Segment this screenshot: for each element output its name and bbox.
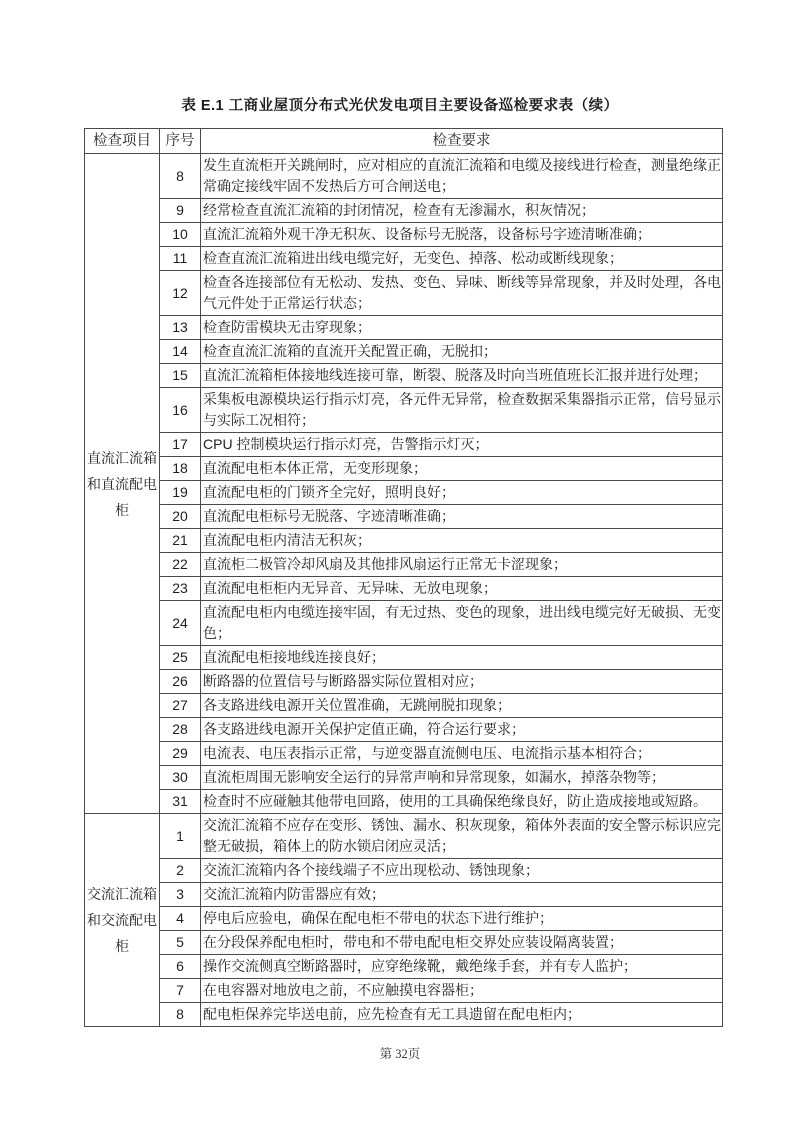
serial-number-cell: 20 [160, 505, 201, 529]
table-row: 30直流柜周围无影响安全运行的异常声响和异常现象，如漏水，掉落杂物等； [85, 766, 723, 790]
serial-number-cell: 6 [160, 955, 201, 979]
table-row: 23直流配电柜柜内无异音、无异味、无放电现象； [85, 577, 723, 601]
requirement-cell: 断路器的位置信号与断路器实际位置相对应； [201, 670, 723, 694]
requirement-cell: 直流配电柜的门锁齐全完好，照明良好； [201, 481, 723, 505]
table-row: 3交流汇流箱内防雷器应有效； [85, 883, 723, 907]
serial-number-cell: 25 [160, 646, 201, 670]
requirement-cell: 发生直流柜开关跳闸时，应对相应的直流汇流箱和电缆及接线进行检查，测量绝缘正常确定… [201, 154, 723, 199]
serial-number-cell: 27 [160, 694, 201, 718]
table-row: 21直流配电柜内清洁无积灰； [85, 529, 723, 553]
requirement-cell: 直流柜二极管冷却风扇及其他排风扇运行正常无卡涩现象； [201, 553, 723, 577]
serial-number-cell: 11 [160, 247, 201, 271]
requirement-cell: 在电容器对地放电之前，不应触摸电容器柜； [201, 979, 723, 1003]
table-row: 12检查各连接部位有无松动、发热、变色、异味、断线等异常现象，并及时处理，各电气… [85, 271, 723, 316]
serial-number-cell: 10 [160, 223, 201, 247]
serial-number-cell: 22 [160, 553, 201, 577]
table-row: 交流汇流箱和交流配电柜1交流汇流箱不应存在变形、锈蚀、漏水、积灰现象，箱体外表面… [85, 814, 723, 859]
requirement-cell: 电流表、电压表指示正常，与逆变器直流侧电压、电流指示基本相符合； [201, 742, 723, 766]
serial-number-cell: 9 [160, 199, 201, 223]
table-row: 22直流柜二极管冷却风扇及其他排风扇运行正常无卡涩现象； [85, 553, 723, 577]
serial-number-cell: 24 [160, 601, 201, 646]
requirement-cell: 采集板电源模块运行指示灯亮，各元件无异常，检查数据采集器指示正常，信号显示与实际… [201, 388, 723, 433]
requirement-cell: 直流配电柜柜内无异音、无异味、无放电现象； [201, 577, 723, 601]
table-row: 25直流配电柜接地线连接良好； [85, 646, 723, 670]
table-row: 31检查时不应碰触其他带电回路，使用的工具确保绝缘良好，防止造成接地或短路。 [85, 790, 723, 814]
serial-number-cell: 19 [160, 481, 201, 505]
table-row: 2交流汇流箱内各个接线端子不应出现松动、锈蚀现象； [85, 859, 723, 883]
header-row: 检查项目 序号 检查要求 [85, 129, 723, 154]
serial-number-cell: 1 [160, 814, 201, 859]
table-row: 9经常检查直流汇流箱的封闭情况，检查有无渗漏水，积灰情况； [85, 199, 723, 223]
table-row: 6操作交流侧真空断路器时，应穿绝缘靴，戴绝缘手套，并有专人监护； [85, 955, 723, 979]
page-number: 第 32页 [0, 1044, 800, 1062]
requirement-cell: 直流汇流箱柜体接地线连接可靠，断裂、脱落及时向当班值班长汇报并进行处理； [201, 364, 723, 388]
requirement-cell: 直流柜周围无影响安全运行的异常声响和异常现象，如漏水，掉落杂物等； [201, 766, 723, 790]
table-row: 29电流表、电压表指示正常，与逆变器直流侧电压、电流指示基本相符合； [85, 742, 723, 766]
requirement-cell: 直流配电柜标号无脱落、字迹清晰准确； [201, 505, 723, 529]
requirement-cell: 各支路进线电源开关保护定值正确，符合运行要求； [201, 718, 723, 742]
table-row: 20直流配电柜标号无脱落、字迹清晰准确； [85, 505, 723, 529]
table-row: 11检查直流汇流箱进出线电缆完好，无变色、掉落、松动或断线现象； [85, 247, 723, 271]
requirement-cell: 直流配电柜内电缆连接牢固，有无过热、变色的现象，进出线电缆完好无破损、无变色； [201, 601, 723, 646]
serial-number-cell: 12 [160, 271, 201, 316]
table-row: 13检查防雷模块无击穿现象； [85, 316, 723, 340]
serial-number-cell: 18 [160, 457, 201, 481]
requirement-cell: 检查防雷模块无击穿现象； [201, 316, 723, 340]
header-inspection-item: 检查项目 [85, 129, 160, 154]
requirement-cell: 检查直流汇流箱的直流开关配置正确，无脱扣； [201, 340, 723, 364]
inspection-item-cell: 直流汇流箱和直流配电柜 [85, 154, 160, 814]
serial-number-cell: 30 [160, 766, 201, 790]
serial-number-cell: 21 [160, 529, 201, 553]
requirement-cell: 直流配电柜本体正常，无变形现象； [201, 457, 723, 481]
serial-number-cell: 7 [160, 979, 201, 1003]
table-title: 表 E.1 工商业屋顶分布式光伏发电项目主要设备巡检要求表（续） [0, 94, 800, 115]
serial-number-cell: 26 [160, 670, 201, 694]
requirement-cell: 配电柜保养完毕送电前，应先检查有无工具遗留在配电柜内； [201, 1003, 723, 1027]
requirement-cell: 交流汇流箱不应存在变形、锈蚀、漏水、积灰现象，箱体外表面的安全警示标识应完整无破… [201, 814, 723, 859]
table-row: 16采集板电源模块运行指示灯亮，各元件无异常，检查数据采集器指示正常，信号显示与… [85, 388, 723, 433]
serial-number-cell: 29 [160, 742, 201, 766]
inspection-table: 检查项目 序号 检查要求 直流汇流箱和直流配电柜8发生直流柜开关跳闸时，应对相应… [84, 128, 723, 1027]
requirement-cell: 直流配电柜接地线连接良好； [201, 646, 723, 670]
serial-number-cell: 5 [160, 931, 201, 955]
inspection-item-cell: 交流汇流箱和交流配电柜 [85, 814, 160, 1027]
table-row: 14检查直流汇流箱的直流开关配置正确，无脱扣； [85, 340, 723, 364]
serial-number-cell: 2 [160, 859, 201, 883]
serial-number-cell: 14 [160, 340, 201, 364]
table-row: 直流汇流箱和直流配电柜8发生直流柜开关跳闸时，应对相应的直流汇流箱和电缆及接线进… [85, 154, 723, 199]
serial-number-cell: 28 [160, 718, 201, 742]
serial-number-cell: 8 [160, 1003, 201, 1027]
table-row: 27各支路进线电源开关位置准确，无跳闸脱扣现象； [85, 694, 723, 718]
table-row: 15直流汇流箱柜体接地线连接可靠，断裂、脱落及时向当班值班长汇报并进行处理； [85, 364, 723, 388]
requirement-cell: 各支路进线电源开关位置准确，无跳闸脱扣现象； [201, 694, 723, 718]
requirement-cell: CPU 控制模块运行指示灯亮，告警指示灯灭； [201, 433, 723, 457]
table-row: 24直流配电柜内电缆连接牢固，有无过热、变色的现象，进出线电缆完好无破损、无变色… [85, 601, 723, 646]
header-inspection-requirement: 检查要求 [201, 129, 723, 154]
serial-number-cell: 8 [160, 154, 201, 199]
requirement-cell: 经常检查直流汇流箱的封闭情况，检查有无渗漏水，积灰情况； [201, 199, 723, 223]
table-row: 7在电容器对地放电之前，不应触摸电容器柜； [85, 979, 723, 1003]
serial-number-cell: 3 [160, 883, 201, 907]
requirement-cell: 交流汇流箱内各个接线端子不应出现松动、锈蚀现象； [201, 859, 723, 883]
table-row: 4停电后应验电，确保在配电柜不带电的状态下进行维护； [85, 907, 723, 931]
serial-number-cell: 23 [160, 577, 201, 601]
requirement-cell: 直流配电柜内清洁无积灰； [201, 529, 723, 553]
table-row: 10直流汇流箱外观干净无积灰、设备标号无脱落，设备标号字迹清晰准确； [85, 223, 723, 247]
requirement-cell: 操作交流侧真空断路器时，应穿绝缘靴，戴绝缘手套，并有专人监护； [201, 955, 723, 979]
serial-number-cell: 13 [160, 316, 201, 340]
table-row: 28各支路进线电源开关保护定值正确，符合运行要求； [85, 718, 723, 742]
table-row: 26断路器的位置信号与断路器实际位置相对应； [85, 670, 723, 694]
requirement-cell: 直流汇流箱外观干净无积灰、设备标号无脱落，设备标号字迹清晰准确； [201, 223, 723, 247]
serial-number-cell: 15 [160, 364, 201, 388]
serial-number-cell: 17 [160, 433, 201, 457]
table-body: 直流汇流箱和直流配电柜8发生直流柜开关跳闸时，应对相应的直流汇流箱和电缆及接线进… [85, 154, 723, 1027]
table-row: 18直流配电柜本体正常，无变形现象； [85, 457, 723, 481]
serial-number-cell: 4 [160, 907, 201, 931]
serial-number-cell: 16 [160, 388, 201, 433]
requirement-cell: 停电后应验电，确保在配电柜不带电的状态下进行维护； [201, 907, 723, 931]
requirement-cell: 交流汇流箱内防雷器应有效； [201, 883, 723, 907]
serial-number-cell: 31 [160, 790, 201, 814]
document-page: 表 E.1 工商业屋顶分布式光伏发电项目主要设备巡检要求表（续） 检查项目 序号… [0, 0, 800, 1130]
table-row: 19直流配电柜的门锁齐全完好，照明良好； [85, 481, 723, 505]
requirement-cell: 检查各连接部位有无松动、发热、变色、异味、断线等异常现象，并及时处理，各电气元件… [201, 271, 723, 316]
requirement-cell: 检查时不应碰触其他带电回路，使用的工具确保绝缘良好，防止造成接地或短路。 [201, 790, 723, 814]
header-serial-number: 序号 [160, 129, 201, 154]
table-row: 8配电柜保养完毕送电前，应先检查有无工具遗留在配电柜内； [85, 1003, 723, 1027]
requirement-cell: 检查直流汇流箱进出线电缆完好，无变色、掉落、松动或断线现象； [201, 247, 723, 271]
requirement-cell: 在分段保养配电柜时，带电和不带电配电柜交界处应装设隔离装置； [201, 931, 723, 955]
table-row: 5在分段保养配电柜时，带电和不带电配电柜交界处应装设隔离装置； [85, 931, 723, 955]
table-row: 17CPU 控制模块运行指示灯亮，告警指示灯灭； [85, 433, 723, 457]
